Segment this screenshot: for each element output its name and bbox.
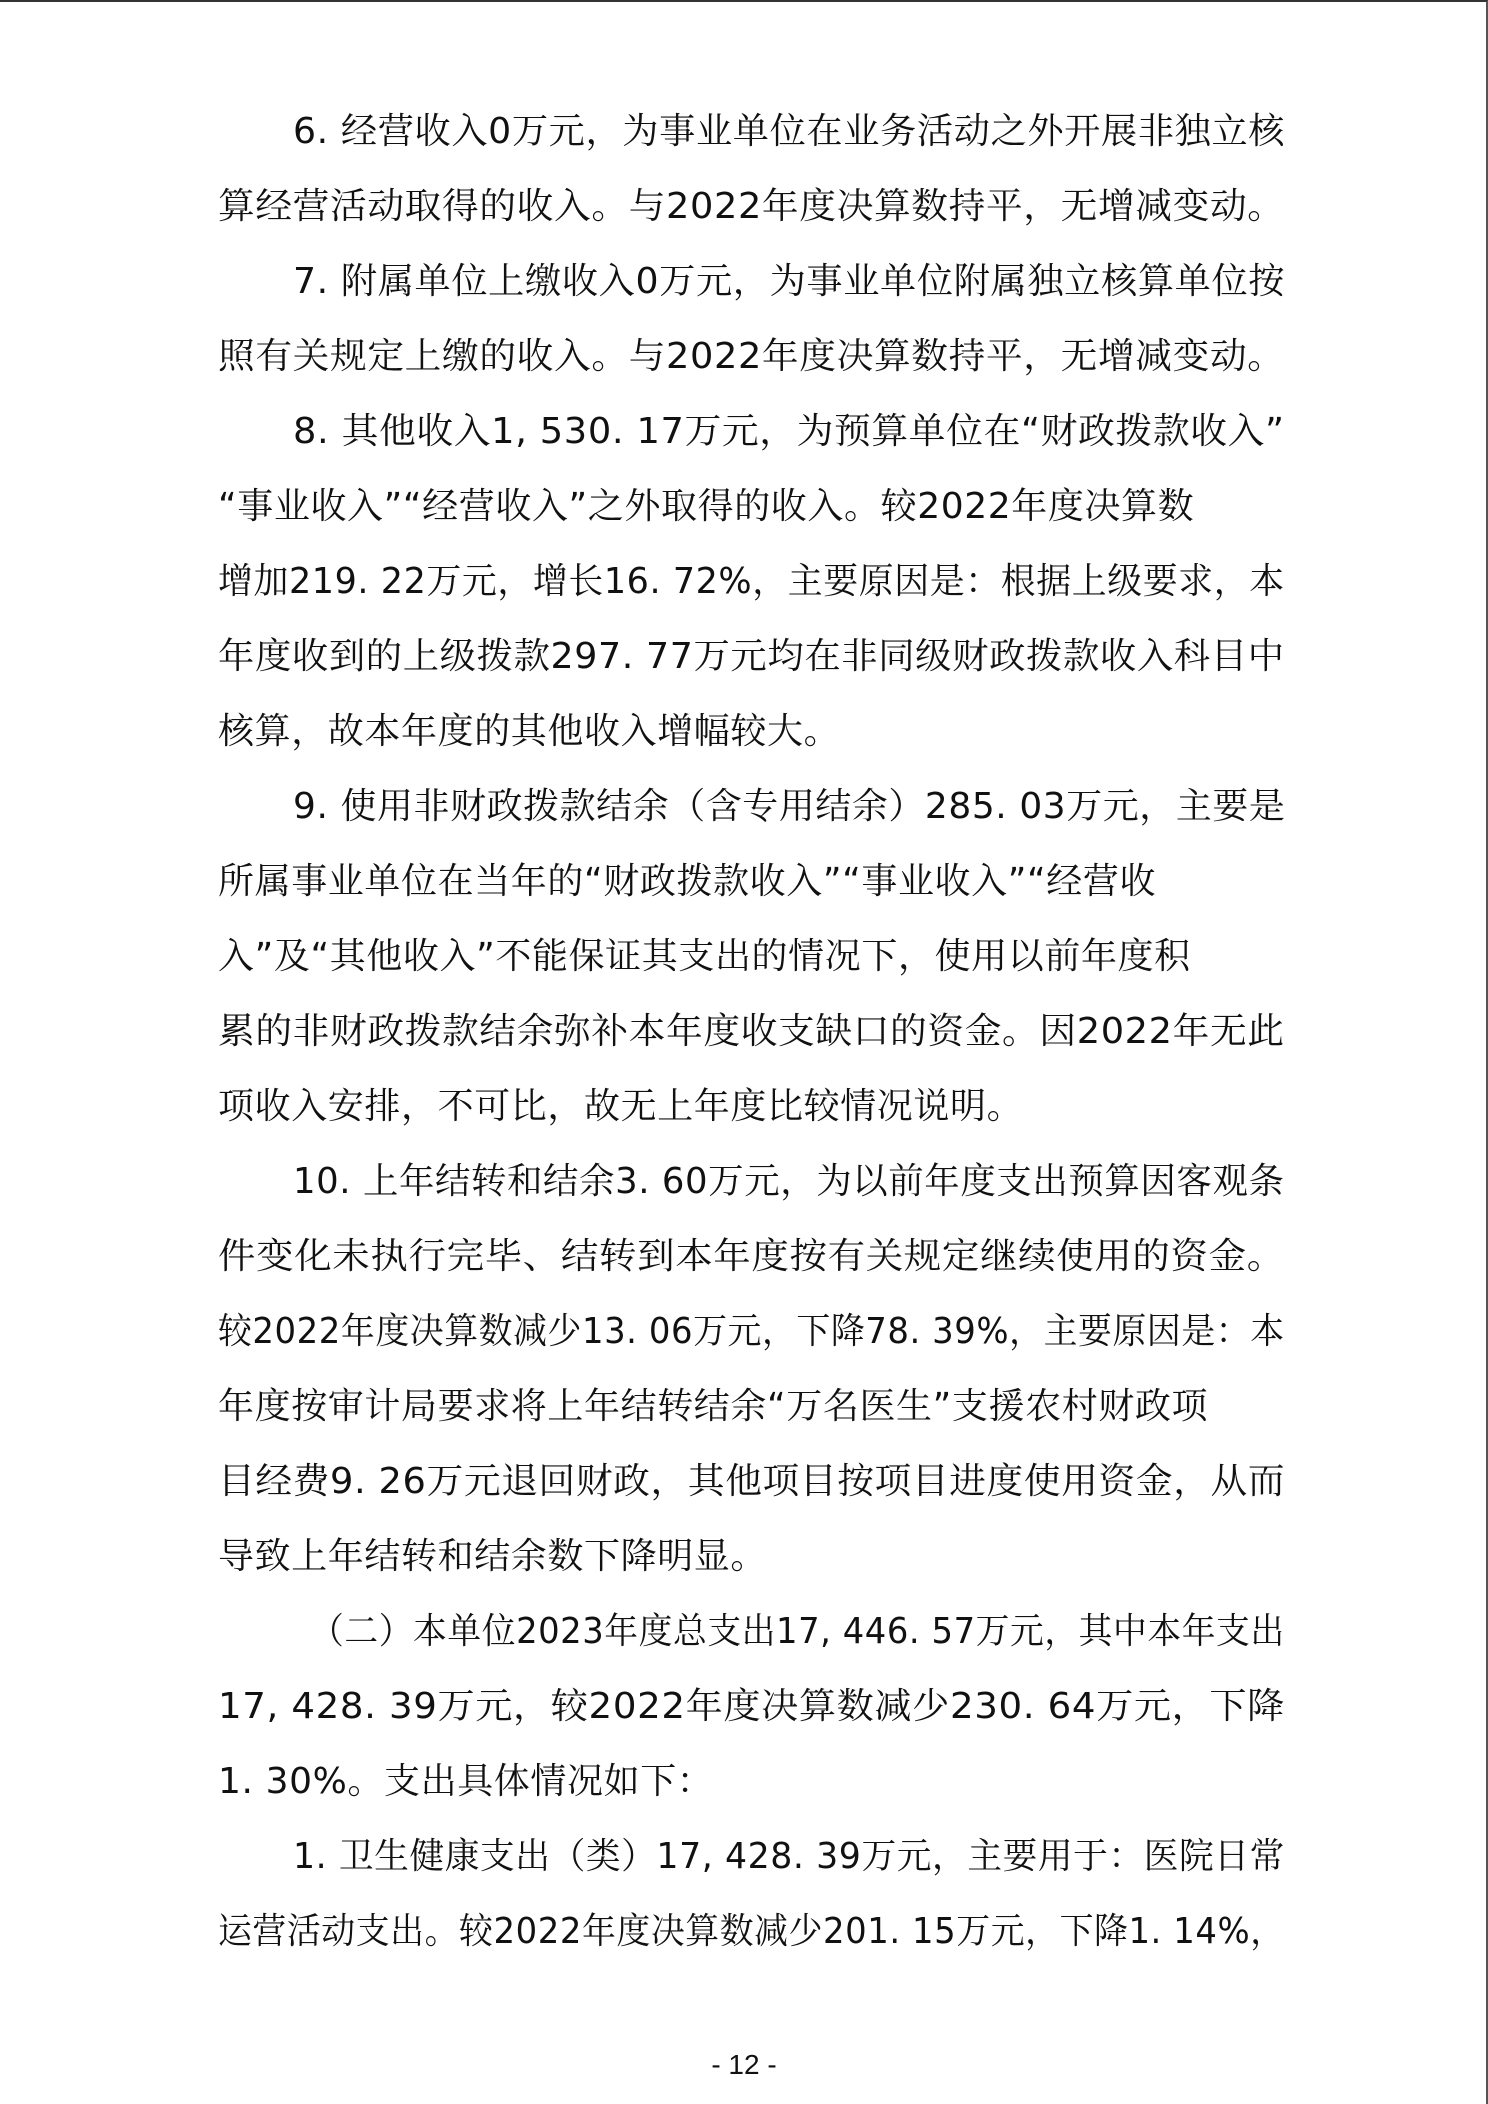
paragraph-line: 所属事业单位在当年的“财政拨款收入”“事业收入”“经营收 — [218, 854, 1156, 910]
paragraph-line: 算经营活动取得的收入。与2022年度决算数持平，无增减变动。 — [218, 179, 1285, 235]
paragraph-line: 8. 其他收入1, 530. 17万元，为预算单位在“财政拨款收入” — [293, 404, 1285, 460]
paragraph-line: 增加219. 22万元，增长16. 72%，主要原因是：根据上级要求，本 — [218, 554, 1285, 610]
section-heading-line: （二）本单位2023年度总支出17, 446. 57万元，其中本年支出 — [310, 1604, 1285, 1660]
paragraph-line: 照有关规定上缴的收入。与2022年度决算数持平，无增减变动。 — [218, 329, 1285, 385]
paragraph-line: 6. 经营收入0万元，为事业单位在业务活动之外开展非独立核 — [293, 104, 1285, 160]
paragraph-line: 导致上年结转和结余数下降明显。 — [218, 1529, 767, 1585]
paragraph-line: 年度按审计局要求将上年结转结余“万名医生”支援农村财政项 — [218, 1379, 1208, 1435]
paragraph-line: 17, 428. 39万元，较2022年度决算数减少230. 64万元，下降 — [218, 1679, 1285, 1735]
document-page: 6. 经营收入0万元，为事业单位在业务活动之外开展非独立核 算经营活动取得的收入… — [0, 0, 1488, 2104]
paragraph-line: 10. 上年结转和结余3. 60万元，为以前年度支出预算因客观条 — [293, 1154, 1284, 1210]
paragraph-line: 项收入安排，不可比，故无上年度比较情况说明。 — [218, 1079, 1023, 1135]
paragraph-line: 目经费9. 26万元退回财政，其他项目按项目进度使用资金，从而 — [218, 1454, 1285, 1510]
paragraph-line: 1. 卫生健康支出（类）17, 428. 39万元，主要用于：医院日常 — [293, 1829, 1285, 1885]
paragraph-line: 7. 附属单位上缴收入0万元，为事业单位附属独立核算单位按 — [293, 254, 1285, 310]
paragraph-line: 件变化未执行完毕、结转到本年度按有关规定继续使用的资金。 — [218, 1229, 1285, 1285]
paragraph-line: 年度收到的上级拨款297. 77万元均在非同级财政拨款收入科目中 — [218, 629, 1285, 685]
paragraph-line: 累的非财政拨款结余弥补本年度收支缺口的资金。因2022年无此 — [218, 1004, 1285, 1060]
paragraph-line: 较2022年度决算数减少13. 06万元，下降78. 39%，主要原因是：本 — [218, 1304, 1285, 1360]
paragraph-line: 9. 使用非财政拨款结余（含专用结余）285. 03万元，主要是 — [293, 779, 1285, 835]
paragraph-line: 1. 30%。支出具体情况如下： — [218, 1754, 713, 1810]
paragraph-line: 运营活动支出。较2022年度决算数减少201. 15万元，下降1. 14%， — [218, 1904, 1285, 1960]
paragraph-line: 入”及“其他收入”不能保证其支出的情况下，使用以前年度积 — [218, 929, 1191, 985]
paragraph-line: “事业收入”“经营收入”之外取得的收入。较2022年度决算数 — [218, 479, 1194, 535]
paragraph-line: 核算，故本年度的其他收入增幅较大。 — [218, 704, 840, 760]
page-number: - 12 - — [0, 2048, 1488, 2082]
